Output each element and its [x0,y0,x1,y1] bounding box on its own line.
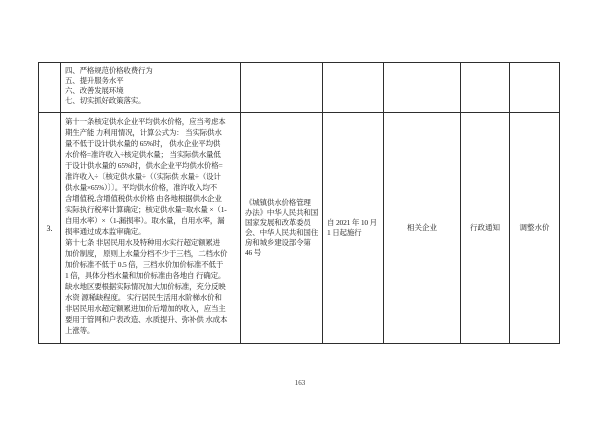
cell-effective-date [323,63,384,112]
cell-policy-content: 第十一条核定供水企业平均供水价格，应当考虑本 期生产能 力利用情况，计算公式为：… [61,113,241,343]
table-row: 3. 第十一条核定供水企业平均供水价格，应当考虑本 期生产能 力利用情况，计算公… [39,113,559,343]
cell-action [510,63,559,112]
document-page: 四、严格规范价格收费行为 五、提升服务水平 六、改善发展环境 七、切实抓好政策落… [0,0,600,424]
cell-notice-type [461,63,510,112]
cell-effective-date: 自 2021 年 10 月 1 日起施行 [323,113,384,343]
cell-document-title [241,63,323,112]
cell-document-title: 《城镇供水价格管理 办法》中华人民共和国 国家发展和改革委员 会、中华人民共和国… [241,113,323,343]
page-number: 163 [0,379,600,387]
cell-policy-content: 四、严格规范价格收费行为 五、提升服务水平 六、改善发展环境 七、切实抓好政策落… [61,63,241,112]
cell-row-number [39,63,61,112]
table-row: 四、严格规范价格收费行为 五、提升服务水平 六、改善发展环境 七、切实抓好政策落… [39,63,559,113]
cell-notice-type: 行政通知 [461,113,510,343]
cell-action: 调整水价 [510,113,559,343]
cell-row-number: 3. [39,113,61,343]
policy-table: 四、严格规范价格收费行为 五、提升服务水平 六、改善发展环境 七、切实抓好政策落… [38,62,560,344]
cell-applicable-entity: 相关企业 [384,113,461,343]
policy-content-text: 四、严格规范价格收费行为 五、提升服务水平 六、改善发展环境 七、切实抓好政策落… [61,63,240,109]
policy-content-text: 第十一条核定供水企业平均供水价格，应当考虑本 期生产能 力利用情况，计算公式为：… [61,113,240,339]
cell-applicable-entity [384,63,461,112]
